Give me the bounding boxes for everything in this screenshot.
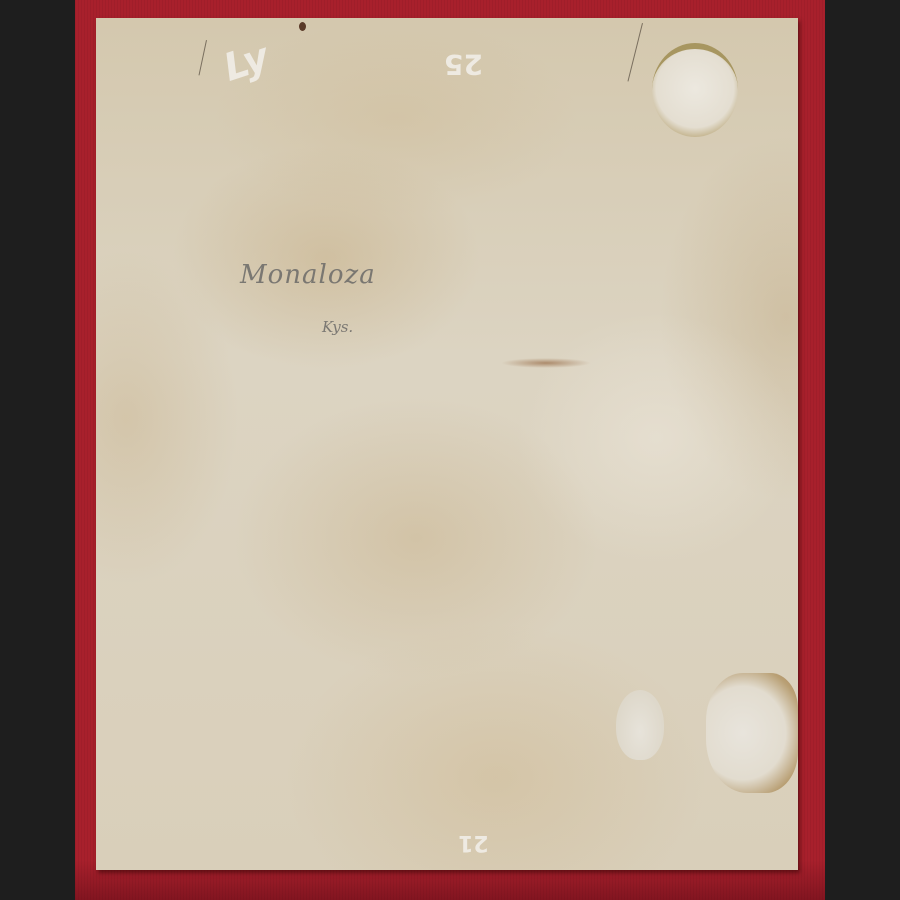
scratch-mark xyxy=(199,40,207,75)
water-stain-small xyxy=(616,690,664,760)
panel-back: Ly 25 Monaloza Kys. 21 xyxy=(96,18,798,870)
chalk-inscription-bottom: 21 xyxy=(458,830,489,855)
pencil-inscription-name: Monaloza xyxy=(240,260,376,290)
chalk-inscription-top-left: Ly xyxy=(218,34,274,90)
scratch-mark xyxy=(627,23,642,81)
pencil-inscription-sub: Kys. xyxy=(322,318,353,336)
chalk-inscription-number: 25 xyxy=(444,48,483,81)
circular-stain xyxy=(652,43,738,137)
nail-hole xyxy=(299,22,306,31)
rust-stain xyxy=(501,358,591,368)
water-stain xyxy=(706,673,798,793)
